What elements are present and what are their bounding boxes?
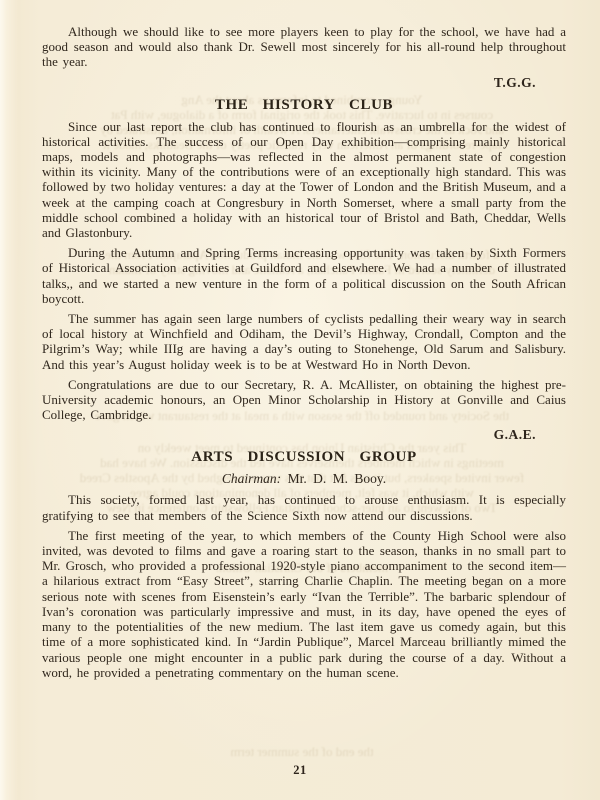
history-club-paragraph-3: The summer has again seen large numbers … — [42, 311, 566, 372]
history-club-paragraph-1: Since our last report the club has conti… — [42, 119, 566, 241]
history-club-paragraph-2: During the Autumn and Spring Terms incre… — [42, 245, 566, 306]
chairman-name: Mr. D. M. Booy. — [288, 471, 387, 486]
page-number: 21 — [0, 763, 600, 778]
chairman-line: Chairman: Mr. D. M. Booy. — [42, 471, 566, 486]
magazine-page: Young—combined to inform us about the An… — [0, 0, 600, 800]
page-content: Although we should like to see more play… — [42, 24, 566, 685]
arts-group-paragraph-1: This society, formed last year, has cont… — [42, 492, 566, 522]
signature-tgg: T.G.G. — [42, 75, 566, 90]
signature-gae: G.A.E. — [42, 427, 566, 442]
arts-discussion-group-heading: ARTS DISCUSSION GROUP — [42, 448, 566, 466]
history-club-paragraph-4: Congratulations are due to our Secretary… — [42, 377, 566, 423]
arts-group-paragraph-2: The first meeting of the year, to which … — [42, 528, 566, 680]
history-club-heading: THE HISTORY CLUB — [42, 96, 566, 114]
cricket-closing-paragraph: Although we should like to see more play… — [42, 24, 566, 70]
chairman-label: Chairman: — [222, 471, 281, 486]
